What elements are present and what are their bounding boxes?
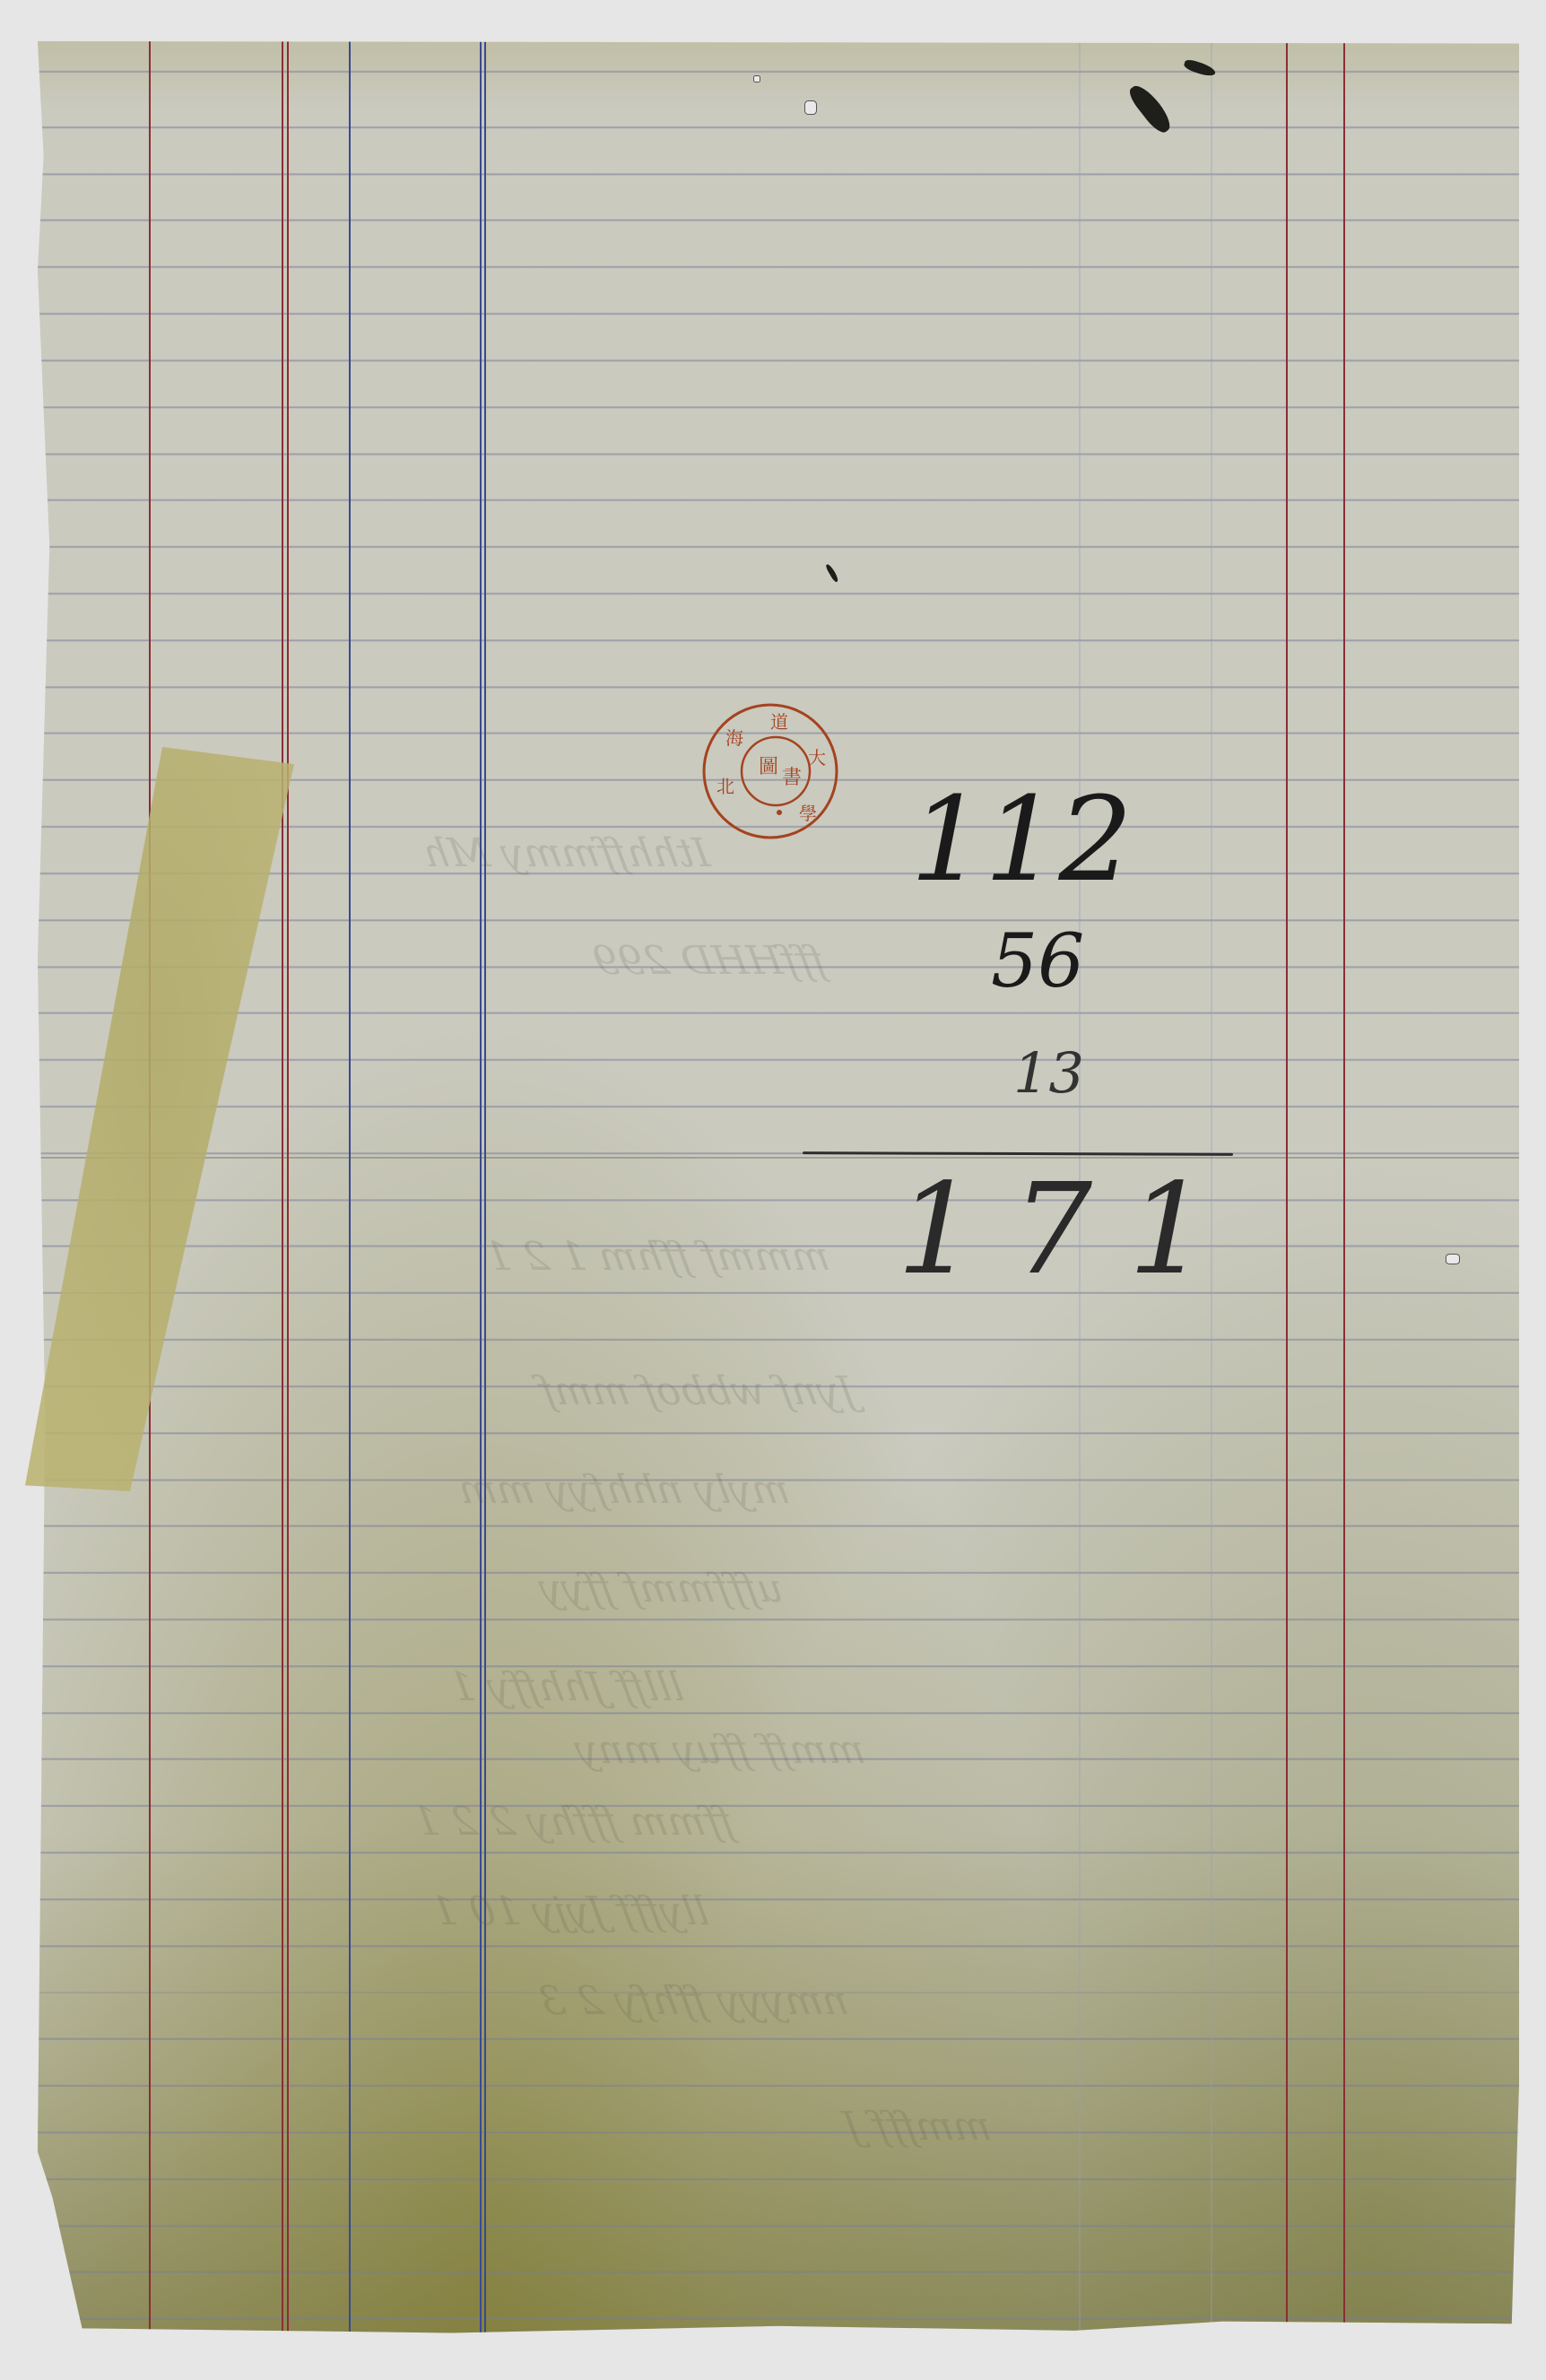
bleed-through-text: Jynf wbbof mmf	[536, 1368, 860, 1414]
blue-column-line	[349, 41, 351, 2335]
bleed-through-text: llyfff Jyjy 10 1	[429, 1889, 712, 1934]
bleed-through-text: lllff Jhhffy 1	[447, 1664, 688, 1710]
bleed-through-text: nmyyy ffhfy 2 3	[536, 1978, 852, 2024]
red-right-line	[1343, 41, 1345, 2335]
seal-char-top-right: 大	[808, 747, 826, 769]
addend-1: 112	[910, 771, 1133, 908]
blue-double-line-b	[484, 41, 486, 2335]
seal-char-left-bottom: 北	[717, 776, 734, 797]
seal-char-center-top: 圖	[759, 756, 778, 778]
red-right-line	[1286, 41, 1288, 2335]
total: 171	[897, 1157, 1244, 1303]
paper-hole	[753, 75, 760, 83]
library-seal-stamp: 道 大 學 海 北 圖 書	[700, 701, 840, 841]
red-double-line-b	[287, 41, 289, 2335]
bleed-through-text: mmff ffuy mny	[572, 1727, 869, 1773]
seal-char-top: 道	[770, 711, 788, 733]
bleed-through-text: fffHHD 299	[590, 938, 829, 984]
bleed-through-text: mmfff J	[841, 2104, 995, 2150]
paper-hole	[1446, 1254, 1460, 1264]
paper-hole	[804, 100, 817, 115]
fold-crease	[38, 1157, 1519, 1159]
bleed-through-text: ffmm fffhy 2 2 1	[411, 1799, 737, 1845]
seal-char-right: 學	[799, 803, 817, 824]
seal-char-center-bottom: 書	[782, 767, 802, 789]
bleed-through-text: Ithhffmmy Mh	[420, 830, 714, 876]
blue-double-line-a	[480, 41, 482, 2335]
bleed-through-text: myly nhhfyy mm	[456, 1467, 794, 1513]
addend-3: 13	[1013, 1040, 1084, 1106]
bleed-through-text: mmmf ffhm 1 2 1	[482, 1234, 834, 1280]
red-double-line-a	[282, 41, 283, 2335]
addend-2: 56	[991, 919, 1084, 1004]
ledger-sheet: Ithhffmmy Mh fffHHD 299 mmmf ffhm 1 2 1 …	[38, 41, 1519, 2335]
seal-char-left-top: 海	[725, 727, 743, 749]
bleed-through-text: ufffmmf ffyy	[536, 1566, 786, 1611]
